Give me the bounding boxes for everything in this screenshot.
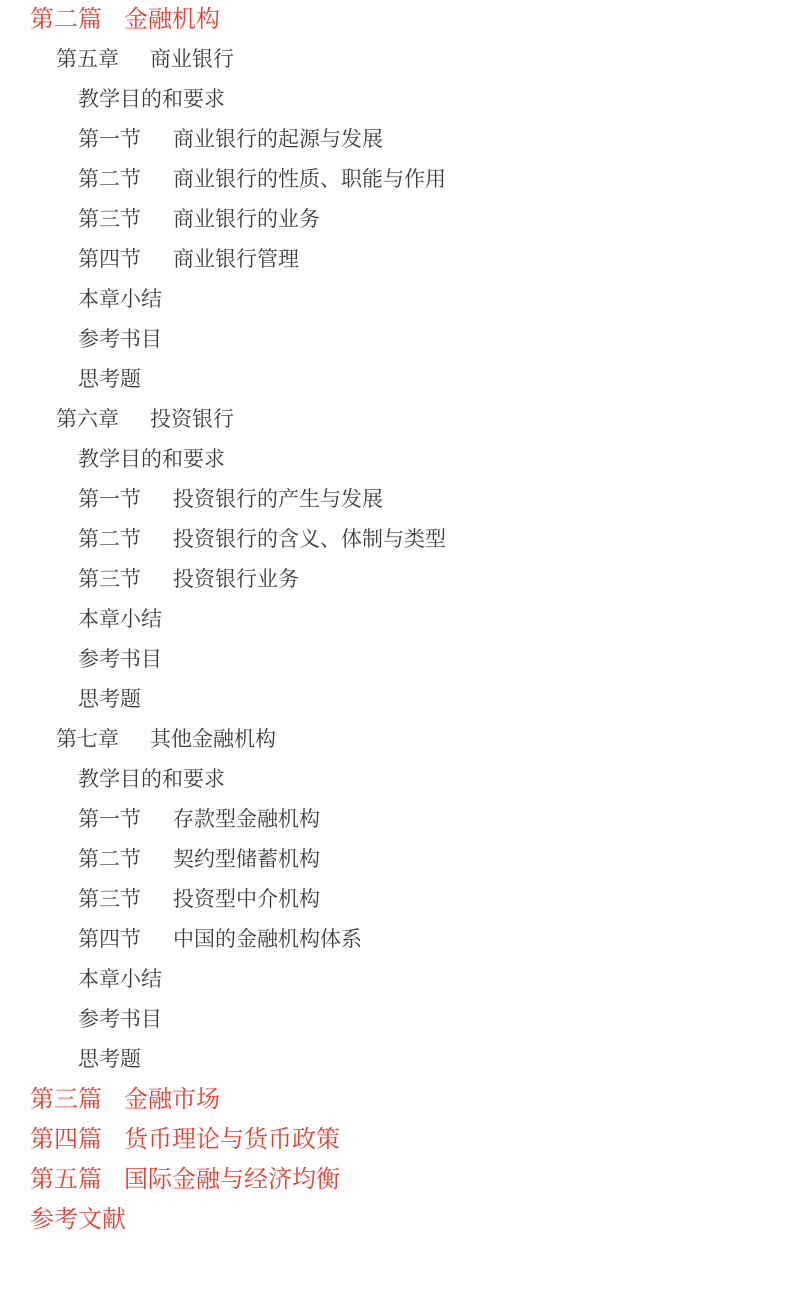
toc-entry-title: 货币理论与货币政策 bbox=[124, 1126, 340, 1153]
toc-section-entry: 第二节投资银行的含义、体制与类型 bbox=[0, 520, 790, 560]
toc-entry-number: 第三篇 bbox=[30, 1080, 102, 1120]
toc-entry-title: 教学目的和要求 bbox=[78, 448, 225, 471]
toc-entry-title: 投资银行 bbox=[150, 408, 234, 431]
toc-section-entry: 第三节投资型中介机构 bbox=[0, 880, 790, 920]
toc-section-entry: 第一节商业银行的起源与发展 bbox=[0, 120, 790, 160]
toc-entry-title: 金融市场 bbox=[124, 1086, 220, 1113]
toc-item-entry: 教学目的和要求 bbox=[0, 760, 790, 800]
toc-entry-title: 参考书目 bbox=[78, 648, 162, 671]
toc-entry-title: 投资型中介机构 bbox=[173, 888, 320, 911]
toc-item-entry: 思考题 bbox=[0, 1040, 790, 1080]
toc-item-entry: 本章小结 bbox=[0, 960, 790, 1000]
toc-entry-title: 投资银行的含义、体制与类型 bbox=[173, 528, 446, 551]
toc-chapter-entry: 第五章商业银行 bbox=[0, 40, 790, 80]
toc-entry-title: 其他金融机构 bbox=[150, 728, 276, 751]
toc-part-entry: 第三篇金融市场 bbox=[0, 1080, 790, 1120]
toc-chapter-entry: 第六章投资银行 bbox=[0, 400, 790, 440]
toc-entry-title: 金融机构 bbox=[124, 6, 220, 33]
toc-entry-title: 本章小结 bbox=[78, 288, 162, 311]
toc-entry-number: 第四节 bbox=[78, 920, 141, 960]
toc-section-entry: 第四节商业银行管理 bbox=[0, 240, 790, 280]
toc-entry-title: 投资银行业务 bbox=[173, 568, 299, 591]
toc-entry-title: 教学目的和要求 bbox=[78, 88, 225, 111]
toc-entry-title: 契约型储蓄机构 bbox=[173, 848, 320, 871]
toc-entry-title: 国际金融与经济均衡 bbox=[124, 1166, 340, 1193]
toc-entry-title: 商业银行的起源与发展 bbox=[173, 128, 383, 151]
toc-entry-number: 第六章 bbox=[56, 400, 119, 440]
toc-entry-number: 第五章 bbox=[56, 40, 119, 80]
toc-entry-title: 教学目的和要求 bbox=[78, 768, 225, 791]
toc-entry-title: 本章小结 bbox=[78, 608, 162, 631]
toc-entry-title: 思考题 bbox=[78, 688, 141, 711]
toc-entry-title: 思考题 bbox=[78, 368, 141, 391]
toc-entry-number: 第一节 bbox=[78, 120, 141, 160]
toc-part-entry: 第二篇金融机构 bbox=[0, 0, 790, 40]
toc-entry-number: 第二节 bbox=[78, 520, 141, 560]
toc-entry-title: 思考题 bbox=[78, 1048, 141, 1071]
toc-entry-title: 商业银行的性质、职能与作用 bbox=[173, 168, 446, 191]
toc-section-entry: 第二节契约型储蓄机构 bbox=[0, 840, 790, 880]
toc-entry-title: 中国的金融机构体系 bbox=[173, 928, 362, 951]
toc-part-entry: 第五篇国际金融与经济均衡 bbox=[0, 1160, 790, 1200]
toc-entry-number: 第二篇 bbox=[30, 0, 102, 40]
toc-item-entry: 参考书目 bbox=[0, 1000, 790, 1040]
toc-section-entry: 第一节投资银行的产生与发展 bbox=[0, 480, 790, 520]
toc-part-entry: 参考文献 bbox=[0, 1200, 790, 1240]
toc-entry-number: 第四节 bbox=[78, 240, 141, 280]
toc-entry-number: 第七章 bbox=[56, 720, 119, 760]
toc-entry-number: 第五篇 bbox=[30, 1160, 102, 1200]
toc-entry-title: 参考书目 bbox=[78, 1008, 162, 1031]
toc-entry-number: 第二节 bbox=[78, 160, 141, 200]
toc-entry-number: 第三节 bbox=[78, 560, 141, 600]
toc-entry-title: 参考书目 bbox=[78, 328, 162, 351]
toc-entry-title: 商业银行管理 bbox=[173, 248, 299, 271]
toc-entry-number: 第一节 bbox=[78, 800, 141, 840]
toc-entry-title: 存款型金融机构 bbox=[173, 808, 320, 831]
toc-entry-number: 第二节 bbox=[78, 840, 141, 880]
toc-item-entry: 思考题 bbox=[0, 680, 790, 720]
toc-section-entry: 第一节存款型金融机构 bbox=[0, 800, 790, 840]
toc-entry-number: 第一节 bbox=[78, 480, 141, 520]
toc-section-entry: 第二节商业银行的性质、职能与作用 bbox=[0, 160, 790, 200]
toc-entry-title: 商业银行的业务 bbox=[173, 208, 320, 231]
toc-section-entry: 第四节中国的金融机构体系 bbox=[0, 920, 790, 960]
toc-item-entry: 本章小结 bbox=[0, 600, 790, 640]
toc-entry-title: 本章小结 bbox=[78, 968, 162, 991]
toc-entry-number: 第三节 bbox=[78, 200, 141, 240]
toc-part-entry: 第四篇货币理论与货币政策 bbox=[0, 1120, 790, 1160]
toc-entry-number: 第四篇 bbox=[30, 1120, 102, 1160]
toc-section-entry: 第三节商业银行的业务 bbox=[0, 200, 790, 240]
toc-entry-title: 投资银行的产生与发展 bbox=[173, 488, 383, 511]
toc-item-entry: 本章小结 bbox=[0, 280, 790, 320]
toc-chapter-entry: 第七章其他金融机构 bbox=[0, 720, 790, 760]
toc-entry-title: 参考文献 bbox=[30, 1206, 126, 1233]
toc-section-entry: 第三节投资银行业务 bbox=[0, 560, 790, 600]
toc-item-entry: 参考书目 bbox=[0, 320, 790, 360]
toc-entry-number: 第三节 bbox=[78, 880, 141, 920]
toc-item-entry: 参考书目 bbox=[0, 640, 790, 680]
toc-item-entry: 教学目的和要求 bbox=[0, 440, 790, 480]
toc-item-entry: 教学目的和要求 bbox=[0, 80, 790, 120]
toc-item-entry: 思考题 bbox=[0, 360, 790, 400]
toc-entry-title: 商业银行 bbox=[150, 48, 234, 71]
table-of-contents: 第二篇金融机构 第五章商业银行 教学目的和要求 第一节商业银行的起源与发展 第二… bbox=[0, 0, 790, 1240]
